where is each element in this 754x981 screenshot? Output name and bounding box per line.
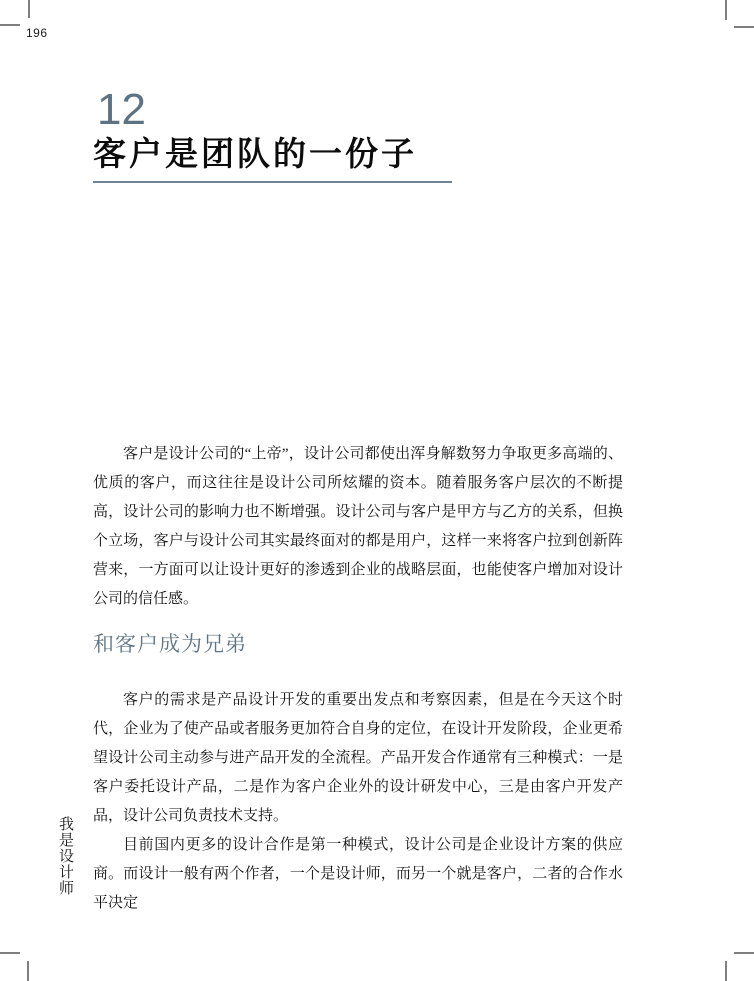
crop-mark-top-left-vertical — [28, 0, 30, 18]
chapter-title: 客户是团队的一份子 — [93, 134, 573, 174]
crop-mark-bottom-left-horizontal — [0, 952, 20, 954]
crop-mark-top-right-vertical — [725, 0, 727, 20]
section-text-block: 客户的需求是产品设计开发的重要出发点和考察因素，但是在今天这个时代，企业为了使产… — [93, 686, 623, 918]
chapter-opener: 12 客户是团队的一份子 — [93, 88, 573, 183]
book-page: 196 12 客户是团队的一份子 客户是设计公司的“上帝”，设计公司都使出浑身解… — [0, 0, 754, 981]
crop-mark-top-left-horizontal — [0, 24, 20, 26]
intro-paragraph: 客户是设计公司的“上帝”，设计公司都使出浑身解数努力争取更多高端的、优质的客户，… — [93, 440, 623, 614]
section-paragraph: 目前国内更多的设计合作是第一种模式，设计公司是企业设计方案的供应商。而设计一般有… — [93, 831, 623, 918]
crop-mark-bottom-left-vertical — [27, 961, 29, 981]
section-heading: 和客户成为兄弟 — [93, 632, 247, 658]
crop-mark-bottom-right-horizontal — [734, 952, 754, 954]
crop-mark-top-right-horizontal — [734, 26, 754, 28]
section-paragraph: 客户的需求是产品设计开发的重要出发点和考察因素，但是在今天这个时代，企业为了使产… — [93, 686, 623, 831]
chapter-title-rule — [93, 181, 452, 183]
intro-text-block: 客户是设计公司的“上帝”，设计公司都使出浑身解数努力争取更多高端的、优质的客户，… — [93, 440, 623, 614]
chapter-number: 12 — [93, 88, 573, 132]
crop-mark-bottom-right-vertical — [725, 961, 727, 981]
spine-title: 我是设计师 — [55, 816, 76, 896]
page-number: 196 — [26, 26, 48, 40]
